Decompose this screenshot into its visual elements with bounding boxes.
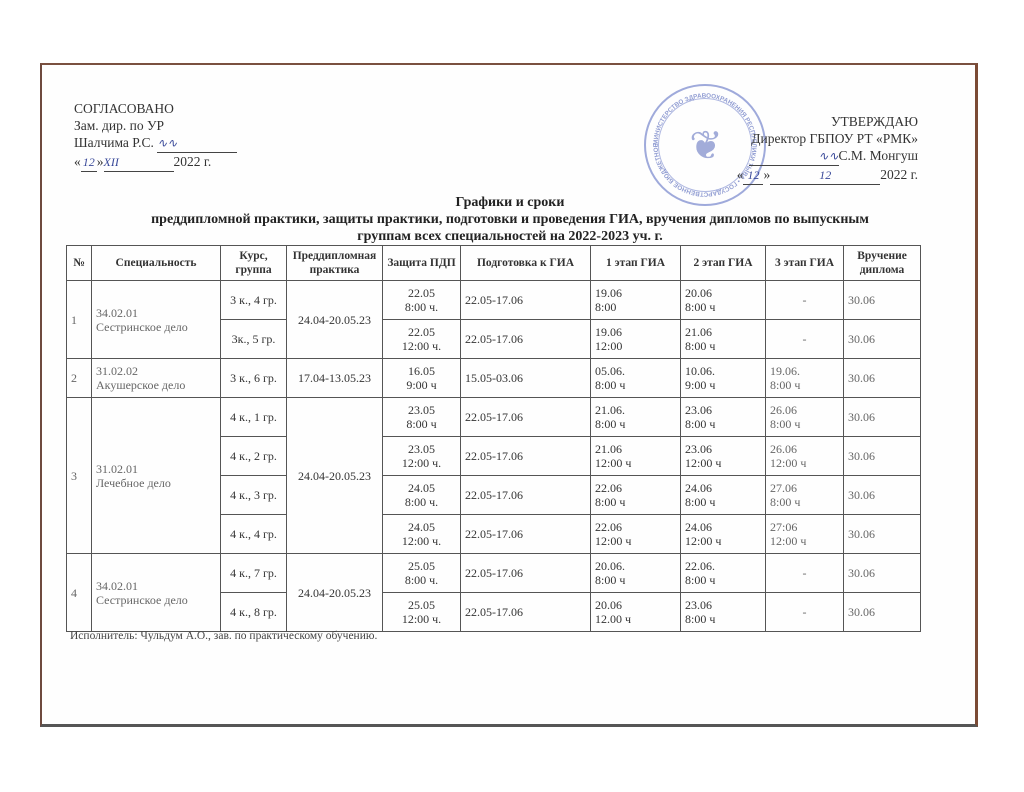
stage2-cell: 22.06. 8:00 ч: [681, 554, 766, 593]
approval-block-left: СОГЛАСОВАНО Зам. дир. по УР Шалчима Р.С.…: [74, 100, 237, 172]
diploma-cell: 30.06: [844, 437, 921, 476]
row-number: 1: [67, 281, 92, 359]
prep-cell: 22.05-17.06: [461, 515, 591, 554]
group-cell: 3к., 5 гр.: [221, 320, 287, 359]
coat-of-arms-icon: ❦: [682, 120, 730, 172]
prep-cell: 22.05-17.06: [461, 320, 591, 359]
diploma-cell: 30.06: [844, 476, 921, 515]
stage2-cell: 21.06 8:00 ч: [681, 320, 766, 359]
group-cell: 4 к., 8 гр.: [221, 593, 287, 632]
row-number: 3: [67, 398, 92, 554]
defense-cell: 16.05 9:00 ч: [383, 359, 461, 398]
date-month: XII: [104, 154, 174, 172]
stage1-cell: 19.06 12:00: [591, 320, 681, 359]
group-cell: 4 к., 7 гр.: [221, 554, 287, 593]
approval-name: Шалчима Р.С.: [74, 135, 154, 150]
group-cell: 4 к., 1 гр.: [221, 398, 287, 437]
diploma-cell: 30.06: [844, 281, 921, 320]
stage2-cell: 24.06 12:00 ч: [681, 515, 766, 554]
group-cell: 4 к., 2 гр.: [221, 437, 287, 476]
diploma-cell: 30.06: [844, 359, 921, 398]
document-subtitle-line2: группам всех специальностей на 2022-2023…: [60, 229, 960, 245]
stage3-cell: 19.06. 8:00 ч: [766, 359, 844, 398]
defense-cell: 23.05 8:00 ч: [383, 398, 461, 437]
prep-cell: 22.05-17.06: [461, 593, 591, 632]
specialty-cell: 31.02.01 Лечебное дело: [92, 398, 221, 554]
approval-name: С.М. Монгуш: [839, 148, 918, 163]
header-diploma: Вручение диплома: [844, 246, 921, 281]
date-month: 12: [770, 167, 880, 185]
header-specialty: Специальность: [92, 246, 221, 281]
stage1-cell: 20.06 12.00 ч: [591, 593, 681, 632]
stage1-cell: 21.06 12:00 ч: [591, 437, 681, 476]
table-row: 231.02.02 Акушерское дело3 к., 6 гр.17.0…: [67, 359, 921, 398]
stage2-cell: 23.06 8:00 ч: [681, 398, 766, 437]
defense-cell: 23.05 12:00 ч.: [383, 437, 461, 476]
group-cell: 3 к., 6 гр.: [221, 359, 287, 398]
signature-mark: ∿∿: [818, 149, 838, 163]
stage3-cell: 27:06 12:00 ч: [766, 515, 844, 554]
defense-cell: 24.05 12:00 ч.: [383, 515, 461, 554]
table-header-row: № Специальность Курс, группа Преддипломн…: [67, 246, 921, 281]
stage2-cell: 24.06 8:00 ч: [681, 476, 766, 515]
date-year: 2022 г.: [174, 154, 212, 169]
table-row: 134.02.01 Сестринское дело3 к., 4 гр.24.…: [67, 281, 921, 320]
practice-cell: 24.04-20.05.23: [287, 554, 383, 632]
approval-date: «12»122022 г.: [737, 166, 918, 185]
prep-cell: 22.05-17.06: [461, 398, 591, 437]
date-day: 12: [743, 167, 763, 185]
prep-cell: 22.05-17.06: [461, 281, 591, 320]
header-stage1: 1 этап ГИА: [591, 246, 681, 281]
defense-cell: 22.05 8:00 ч.: [383, 281, 461, 320]
stage3-cell: -: [766, 554, 844, 593]
table-row: 434.02.01 Сестринское дело4 к., 7 гр.24.…: [67, 554, 921, 593]
stage1-cell: 22.06 12:00 ч: [591, 515, 681, 554]
approval-name-line: ∿∿С.М. Монгуш: [737, 147, 918, 166]
date-day: 12: [81, 154, 97, 172]
stage3-cell: 26.06 12:00 ч: [766, 437, 844, 476]
practice-cell: 24.04-20.05.23: [287, 281, 383, 359]
diploma-cell: 30.06: [844, 554, 921, 593]
schedule-table: № Специальность Курс, группа Преддипломн…: [66, 245, 921, 632]
signature-line: ∿∿: [157, 134, 237, 153]
approval-date: «12»XII2022 г.: [74, 153, 237, 172]
stage1-cell: 22.06 8:00 ч: [591, 476, 681, 515]
date-year: 2022 г.: [880, 167, 918, 182]
stage3-cell: 27.06 8:00 ч: [766, 476, 844, 515]
signature-line: ∿∿: [749, 147, 839, 166]
header-defense: Защита ПДП: [383, 246, 461, 281]
signature-mark: ∿∿: [157, 136, 177, 150]
group-cell: 4 к., 4 гр.: [221, 515, 287, 554]
stage2-cell: 23.06 12:00 ч: [681, 437, 766, 476]
document-footer: Исполнитель: Чульдум А.О., зав. по практ…: [70, 630, 377, 642]
diploma-cell: 30.06: [844, 515, 921, 554]
approval-block-right: УТВЕРЖДАЮ Директор ГБПОУ РТ «РМК» ∿∿С.М.…: [737, 113, 918, 185]
stage3-cell: -: [766, 593, 844, 632]
approval-position: Директор ГБПОУ РТ «РМК»: [737, 130, 918, 147]
group-cell: 3 к., 4 гр.: [221, 281, 287, 320]
prep-cell: 22.05-17.06: [461, 476, 591, 515]
stage3-cell: -: [766, 281, 844, 320]
approval-position: Зам. дир. по УР: [74, 117, 237, 134]
diploma-cell: 30.06: [844, 593, 921, 632]
stage2-cell: 23.06 8:00 ч: [681, 593, 766, 632]
specialty-cell: 34.02.01 Сестринское дело: [92, 554, 221, 632]
defense-cell: 22.05 12:00 ч.: [383, 320, 461, 359]
stage1-cell: 19.06 8:00: [591, 281, 681, 320]
prep-cell: 22.05-17.06: [461, 554, 591, 593]
row-number: 2: [67, 359, 92, 398]
header-group: Курс, группа: [221, 246, 287, 281]
stage3-cell: 26.06 8:00 ч: [766, 398, 844, 437]
approval-name-line: Шалчима Р.С. ∿∿: [74, 134, 237, 153]
specialty-cell: 31.02.02 Акушерское дело: [92, 359, 221, 398]
stage2-cell: 20.06 8:00 ч: [681, 281, 766, 320]
prep-cell: 22.05-17.06: [461, 437, 591, 476]
stage1-cell: 21.06. 8:00 ч: [591, 398, 681, 437]
diploma-cell: 30.06: [844, 398, 921, 437]
defense-cell: 24.05 8:00 ч.: [383, 476, 461, 515]
practice-cell: 17.04-13.05.23: [287, 359, 383, 398]
header-prep: Подготовка к ГИА: [461, 246, 591, 281]
defense-cell: 25.05 12:00 ч.: [383, 593, 461, 632]
row-number: 4: [67, 554, 92, 632]
header-stage3: 3 этап ГИА: [766, 246, 844, 281]
document-subtitle-line1: преддипломной практики, защиты практики,…: [60, 212, 960, 228]
specialty-cell: 34.02.01 Сестринское дело: [92, 281, 221, 359]
group-cell: 4 к., 3 гр.: [221, 476, 287, 515]
table-row: 331.02.01 Лечебное дело4 к., 1 гр.24.04-…: [67, 398, 921, 437]
stage2-cell: 10.06. 9:00 ч: [681, 359, 766, 398]
stage1-cell: 20.06. 8:00 ч: [591, 554, 681, 593]
header-num: №: [67, 246, 92, 281]
diploma-cell: 30.06: [844, 320, 921, 359]
stage1-cell: 05.06. 8:00 ч: [591, 359, 681, 398]
header-stage2: 2 этап ГИА: [681, 246, 766, 281]
prep-cell: 15.05-03.06: [461, 359, 591, 398]
stage3-cell: -: [766, 320, 844, 359]
approval-heading: СОГЛАСОВАНО: [74, 100, 237, 117]
defense-cell: 25.05 8:00 ч.: [383, 554, 461, 593]
header-practice: Преддипломная практика: [287, 246, 383, 281]
approval-heading: УТВЕРЖДАЮ: [737, 113, 918, 130]
practice-cell: 24.04-20.05.23: [287, 398, 383, 554]
document-title: Графики и сроки: [60, 195, 960, 211]
